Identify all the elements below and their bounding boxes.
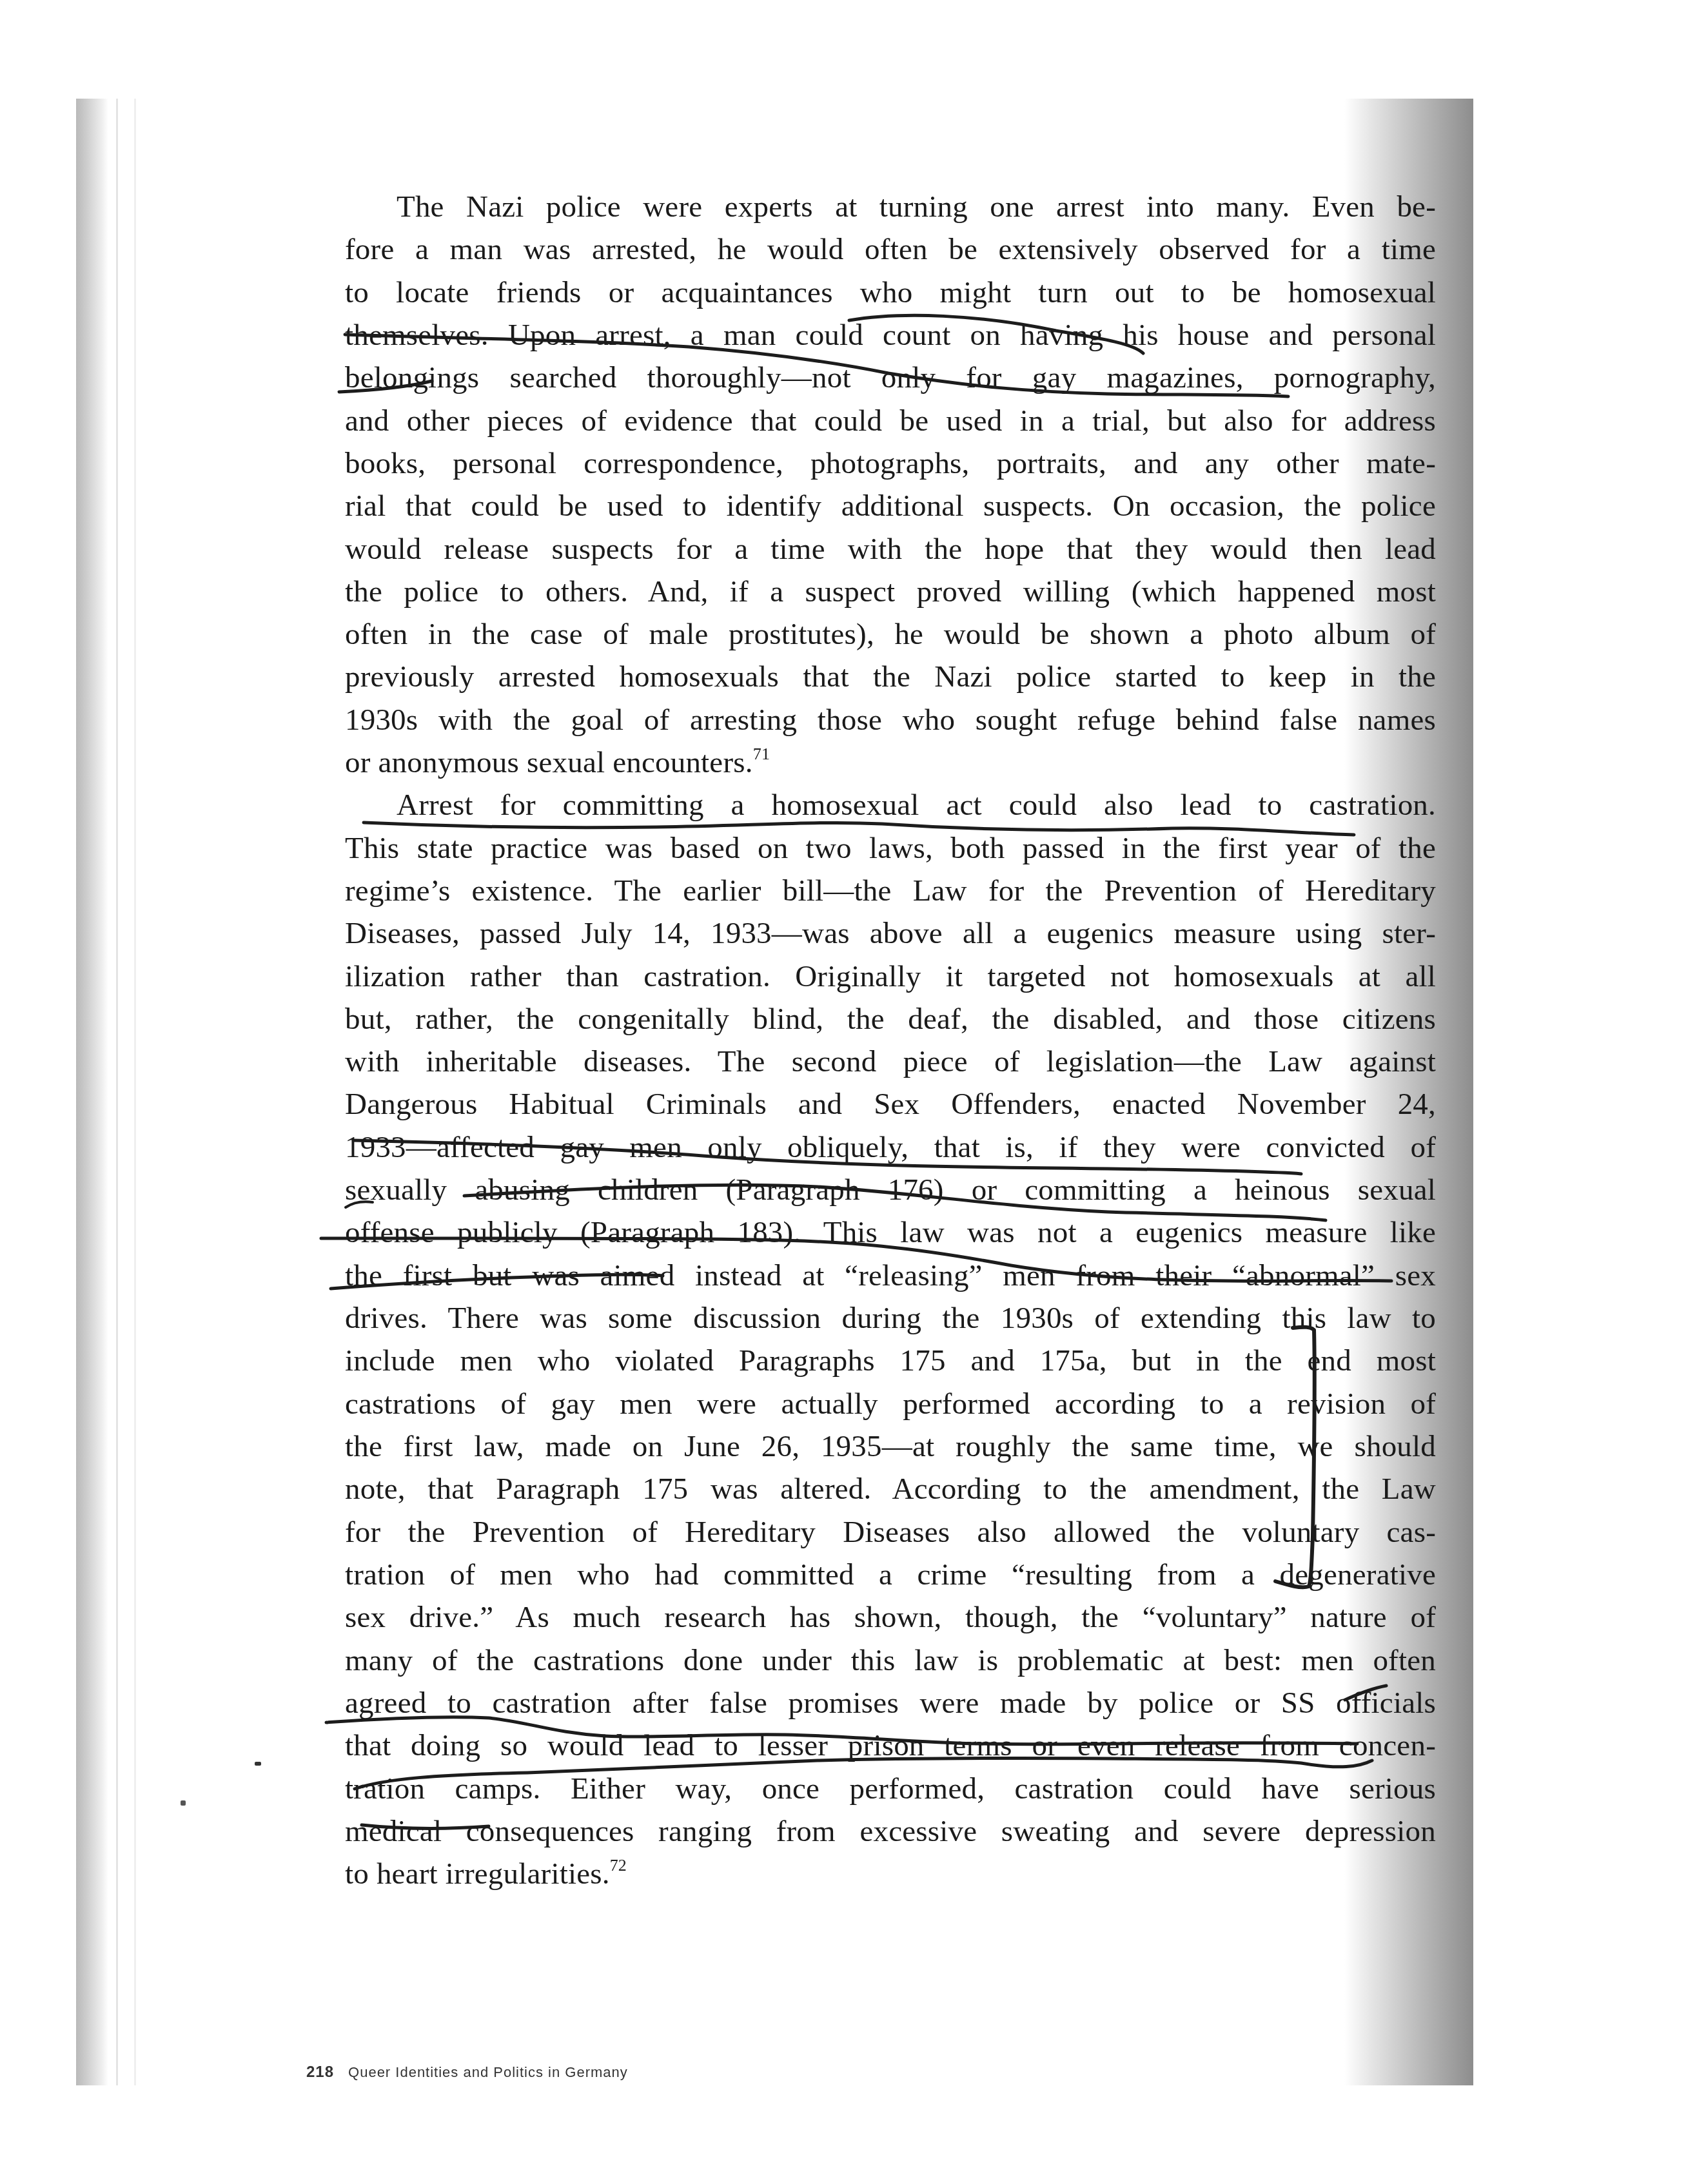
text-line: fore a man was arrested, he would often … xyxy=(345,231,1436,268)
running-title: Queer Identities and Politics in Germany xyxy=(348,2064,628,2080)
text-line: offense publicly (Paragraph 183). This l… xyxy=(345,1214,1436,1251)
text-line: and other pieces of evidence that could … xyxy=(345,403,1436,439)
text-line: that doing so would lead to lesser priso… xyxy=(345,1728,1436,1764)
text-line: This state practice was based on two law… xyxy=(345,830,1436,866)
text-line: ilization rather than castration. Origin… xyxy=(345,959,1436,995)
text-line: many of the castrations done under this … xyxy=(345,1643,1436,1679)
text-line: often in the case of male prostitutes), … xyxy=(345,616,1436,652)
text-line: the police to others. And, if a suspect … xyxy=(345,574,1436,610)
text-line: would release suspects for a time with t… xyxy=(345,531,1436,567)
text-line: belongings searched thoroughly—not only … xyxy=(345,360,1436,396)
text-line: include men who violated Paragraphs 175 … xyxy=(345,1343,1436,1379)
page-footer: 218Queer Identities and Politics in Germ… xyxy=(306,2063,628,2082)
text-line: themselves. Upon arrest, a man could cou… xyxy=(345,317,1436,353)
text-line: castrations of gay men were actually per… xyxy=(345,1386,1436,1422)
text-line: note, that Paragraph 175 was altered. Ac… xyxy=(345,1471,1436,1507)
text-line: but, rather, the congenitally blind, the… xyxy=(345,1001,1436,1037)
text-line: Arrest for committing a homosexual act c… xyxy=(397,787,1436,823)
scanned-page: The Nazi police were experts at turning … xyxy=(76,99,1473,2085)
text-line: Dangerous Habitual Criminals and Sex Off… xyxy=(345,1086,1436,1122)
body-text: The Nazi police were experts at turning … xyxy=(76,99,1473,2085)
text-line: 1933—affected gay men only obliquely, th… xyxy=(345,1129,1436,1165)
text-line-content: to heart irregularities. xyxy=(345,1857,610,1891)
text-line: with inheritable diseases. The second pi… xyxy=(345,1044,1436,1080)
text-line: books, personal correspondence, photogra… xyxy=(345,445,1436,482)
text-line: or anonymous sexual encounters.71 xyxy=(345,745,1436,781)
text-line: sex drive.” As much research has shown, … xyxy=(345,1599,1436,1635)
scan-speck xyxy=(181,1800,186,1806)
page-number: 218 xyxy=(306,2063,334,2081)
text-line: for the Prevention of Hereditary Disease… xyxy=(345,1514,1436,1550)
text-line: drives. There was some discussion during… xyxy=(345,1300,1436,1336)
footnote-marker: 71 xyxy=(753,745,770,763)
footnote-marker: 72 xyxy=(610,1856,627,1875)
text-line-content: or anonymous sexual encounters. xyxy=(345,746,753,779)
text-line: regime’s existence. The earlier bill—the… xyxy=(345,873,1436,909)
text-line: tration camps. Either way, once performe… xyxy=(345,1771,1436,1807)
scan-speck xyxy=(255,1762,261,1766)
text-line: tration of men who had committed a crime… xyxy=(345,1557,1436,1593)
text-line: to heart irregularities.72 xyxy=(345,1856,1436,1892)
text-line: The Nazi police were experts at turning … xyxy=(397,189,1436,225)
text-line: sexually abusing children (Paragraph 176… xyxy=(345,1172,1436,1208)
text-line: 1930s with the goal of arresting those w… xyxy=(345,702,1436,738)
text-line: medical consequences ranging from excess… xyxy=(345,1813,1436,1849)
text-line: rial that could be used to identify addi… xyxy=(345,488,1436,524)
text-line: agreed to castration after false promise… xyxy=(345,1685,1436,1721)
text-line: previously arrested homosexuals that the… xyxy=(345,659,1436,695)
text-line: the first but was aimed instead at “rele… xyxy=(345,1258,1436,1294)
text-line: to locate friends or acquaintances who m… xyxy=(345,275,1436,311)
text-line: the first law, made on June 26, 1935—at … xyxy=(345,1428,1436,1465)
text-line: Diseases, passed July 14, 1933—was above… xyxy=(345,915,1436,951)
